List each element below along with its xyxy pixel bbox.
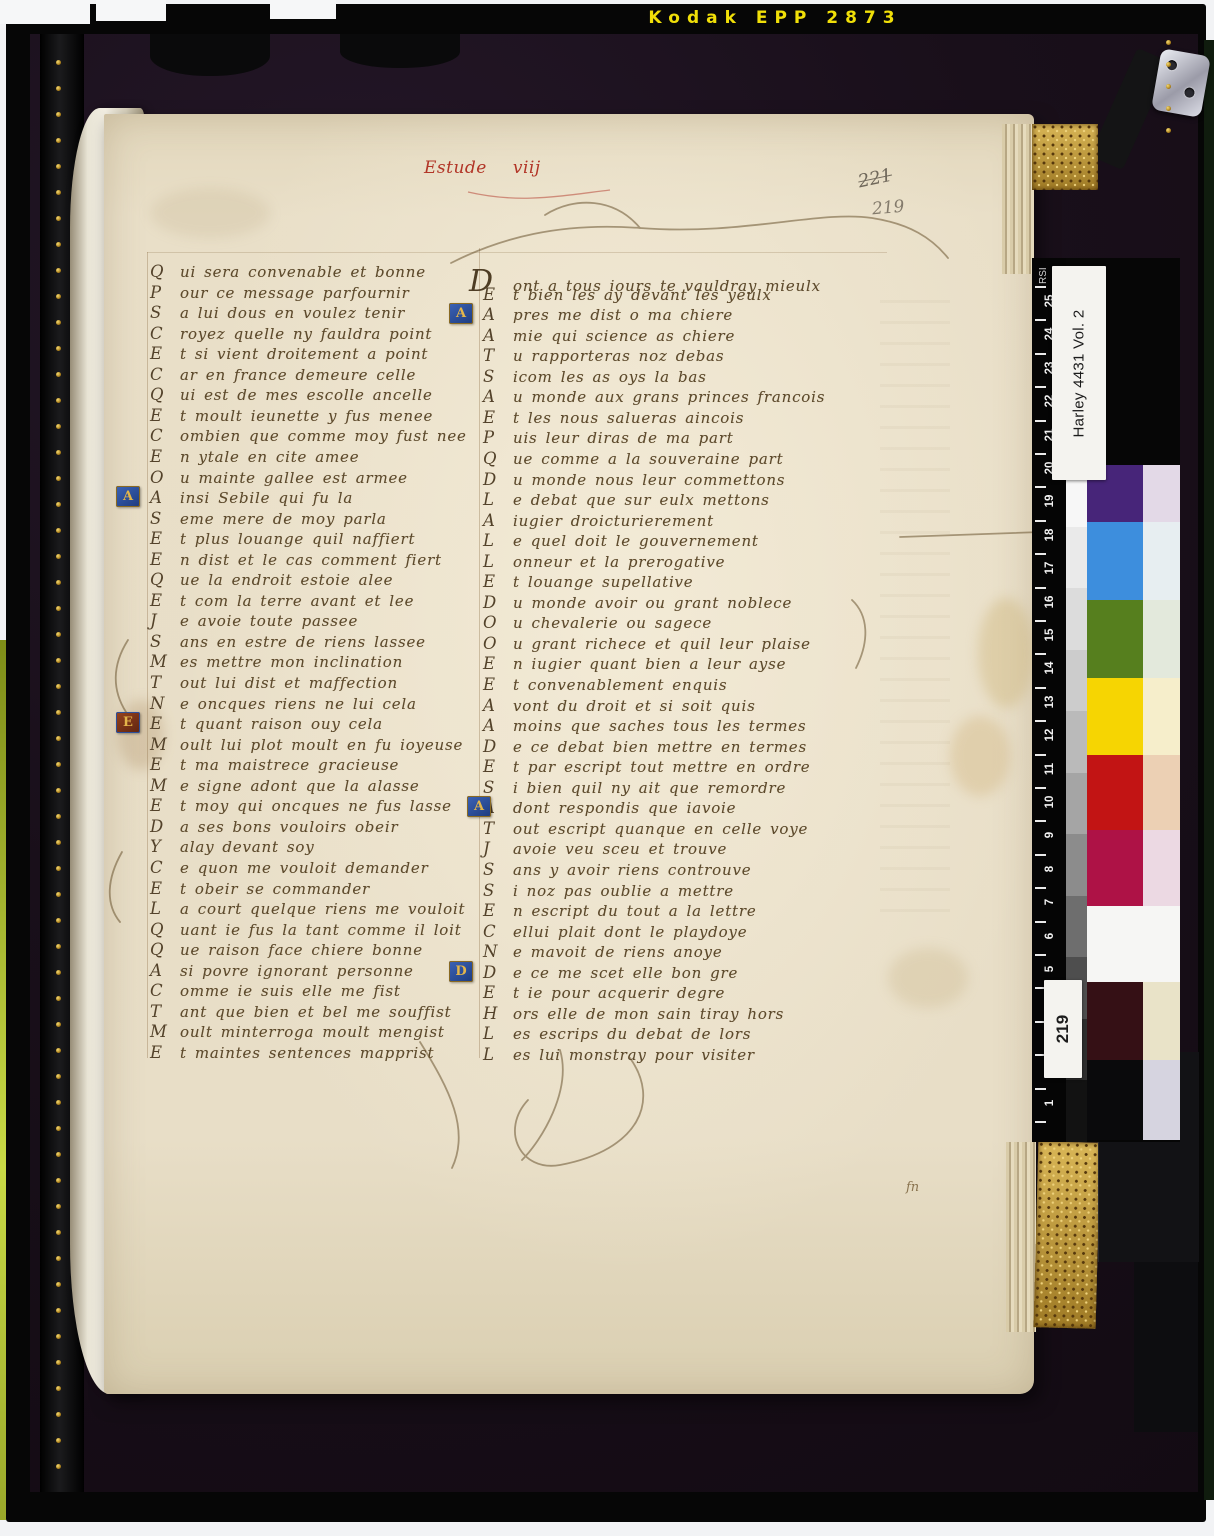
- verse-capital: D: [483, 470, 513, 489]
- verse-line: Croyez quelle ny fauldra point: [150, 324, 432, 344]
- ruler-tick: [1035, 286, 1046, 288]
- verse-line: Ou grant richece et quil leur plaise: [483, 634, 811, 654]
- verse-text: t obeir se commander: [180, 880, 370, 898]
- verse-text: ue la endroit estoie alee: [180, 571, 393, 589]
- verse-line: Et obeir se commander: [150, 879, 370, 899]
- ruler-tick: [1035, 587, 1046, 589]
- verse-line: Ne mavoit de riens anoye: [483, 942, 723, 962]
- verse-text: es mettre mon inclination: [180, 653, 403, 671]
- color-patch-pale: [1143, 1060, 1180, 1140]
- verse-capital: C: [483, 922, 513, 941]
- verse-capital: E: [150, 529, 180, 548]
- verse-line: Ne oncques riens ne lui cela: [150, 694, 417, 714]
- verse-capital: Q: [150, 385, 180, 404]
- verse-text: t louange supellative: [513, 573, 694, 591]
- grayscale-step: [1066, 773, 1087, 835]
- verse-capital: E: [150, 879, 180, 898]
- page-edge-stack-bottom: [1006, 1142, 1036, 1332]
- ruler-number: 19: [1044, 491, 1056, 511]
- verse-line: Qui est de mes escolle ancelle: [150, 385, 433, 405]
- patch-row-yellow: [1087, 678, 1180, 755]
- verse-text: e quel doit le gouvernement: [513, 532, 759, 550]
- verse-text: t plus louange quil naffiert: [180, 530, 415, 548]
- verse-text: our ce message parfournir: [180, 284, 410, 302]
- verse-capital: M: [150, 776, 180, 795]
- verse-capital: A: [483, 326, 513, 345]
- verse-text: t si vient droitement a point: [180, 345, 428, 363]
- verse-text: u mainte gallee est armee: [180, 469, 408, 487]
- gold-bead: [56, 164, 61, 169]
- verse-line: Et convenablement enquis: [483, 675, 727, 695]
- parchment-stain: [888, 948, 968, 1008]
- gold-bead: [56, 1334, 61, 1339]
- verse-line: Aiugier droicturierement: [483, 511, 714, 531]
- verse-line: Que la endroit estoie alee: [150, 570, 393, 590]
- gold-bead: [56, 1282, 61, 1287]
- ruler-tick: [1035, 486, 1046, 488]
- verse-capital: T: [150, 1002, 180, 1021]
- verse-line: Avont du droit et si soit quis: [483, 696, 756, 716]
- patch-row-red: [1087, 755, 1180, 830]
- clamp-dots: [1166, 40, 1176, 160]
- ruler-tick: [1035, 921, 1046, 923]
- verse-capital: E: [150, 755, 180, 774]
- ruler-tick: [1035, 353, 1046, 355]
- gold-bead: [56, 398, 61, 403]
- verse-text: ue raison face chiere bonne: [180, 941, 423, 959]
- verse-capital: E: [150, 406, 180, 425]
- ruler-number: 17: [1044, 558, 1056, 578]
- verse-capital: T: [483, 819, 513, 838]
- verse-text: a court quelque riens me vouloit: [180, 900, 465, 918]
- verse-line: Tu rapporteras noz debas: [483, 346, 724, 366]
- verse-text: u rapporteras noz debas: [513, 347, 724, 365]
- verse-text: es escrips du debat de lors: [513, 1025, 751, 1043]
- verse-capital: E: [483, 675, 513, 694]
- color-patch-pale: [1143, 830, 1180, 906]
- verse-text: out lui dist et maffection: [180, 674, 398, 692]
- gold-bead: [56, 1464, 61, 1469]
- verse-text: e signe adont que la alasse: [180, 777, 420, 795]
- verse-line: Tant que bien et bel me souffist: [150, 1002, 451, 1022]
- verse-capital: A: [483, 305, 513, 324]
- verse-text: onneur et la prerogative: [513, 553, 725, 571]
- verse-capital: L: [483, 1024, 513, 1043]
- verse-capital: T: [483, 346, 513, 365]
- verse-capital: Q: [150, 920, 180, 939]
- ruler-tick: [1035, 754, 1046, 756]
- verse-text: alay devant soy: [180, 838, 314, 856]
- verse-line: En escript du tout a la lettre: [483, 901, 757, 921]
- verse-text: e debat que sur eulx mettons: [513, 491, 770, 509]
- verse-text: t moult ieunette y fus menee: [180, 407, 433, 425]
- patch-row-maroon: [1087, 982, 1180, 1060]
- verse-line: Et par escript tout mettre en ordre: [483, 757, 810, 777]
- verse-capital: A: [483, 696, 513, 715]
- verse-line: Seme mere de moy parla: [150, 509, 387, 529]
- verse-text: e quon me vouloit demander: [180, 859, 429, 877]
- verse-text: ue comme a la souveraine part: [513, 450, 783, 468]
- verse-text: eme mere de moy parla: [180, 510, 387, 528]
- gold-bead: [56, 1126, 61, 1131]
- verse-capital: C: [150, 324, 180, 343]
- ruler-number: 11: [1044, 759, 1056, 779]
- ruler-number: 9: [1044, 825, 1056, 845]
- verse-line: Et ie pour acquerir degre: [483, 983, 725, 1003]
- verse-capital: E: [150, 550, 180, 569]
- verse-capital: Y: [150, 837, 180, 856]
- film-edge-green: [0, 640, 6, 1520]
- gold-bead: [56, 216, 61, 221]
- ruler-tick: [1035, 720, 1046, 722]
- verse-line: Que raison face chiere bonne: [150, 940, 423, 960]
- clip-hole: [1184, 87, 1196, 99]
- gold-bead: [56, 840, 61, 845]
- gilt-edge-bottom: [1034, 1141, 1101, 1329]
- grayscale-step: [1066, 650, 1087, 712]
- verse-capital: E: [150, 344, 180, 363]
- ruler-number: 6: [1044, 926, 1056, 946]
- verse-capital: C: [150, 981, 180, 1000]
- verse-text: ant que bien et bel me souffist: [180, 1003, 451, 1021]
- gold-bead: [1166, 128, 1171, 133]
- verse-line: Et maintes sentences mapprist: [150, 1043, 434, 1063]
- verse-text: t bien les ay devant les yeulx: [513, 286, 772, 304]
- verse-text: omme ie suis elle me fist: [180, 982, 401, 1000]
- gold-bead: [56, 112, 61, 117]
- verse-line: Et ma maistrece gracieuse: [150, 755, 399, 775]
- gold-bead: [1166, 84, 1171, 89]
- verse-capital: L: [483, 490, 513, 509]
- gold-bead: [56, 554, 61, 559]
- verse-line: Et moy qui oncques ne fus lasse: [150, 796, 452, 816]
- verse-text: u monde avoir ou grant noblece: [513, 594, 792, 612]
- verse-capital: M: [150, 735, 180, 754]
- verse-capital: N: [150, 694, 180, 713]
- verse-capital: E: [150, 591, 180, 610]
- verse-text: u monde aux grans princes francois: [513, 388, 825, 406]
- verse-text: pres me dist o ma chiere: [513, 306, 733, 324]
- gold-bead: [56, 138, 61, 143]
- gold-bead: [56, 60, 61, 65]
- color-patch-main: [1087, 522, 1143, 600]
- color-patch-main: [1087, 600, 1143, 678]
- verse-text: a ses bons vouloirs obeir: [180, 818, 398, 836]
- verse-capital: D: [483, 737, 513, 756]
- verse-text: ar en france demeure celle: [180, 366, 416, 384]
- verse-line: EEt quant raison ouy cela: [150, 714, 383, 734]
- verse-line: Dont a tous iours te vauldray mieulx: [483, 264, 821, 284]
- folio-label-text: 219: [1053, 1015, 1073, 1043]
- gold-bead: [56, 476, 61, 481]
- ruler-number: 10: [1044, 792, 1056, 812]
- verse-text: n ytale en cite amee: [180, 448, 359, 466]
- verse-capital: L: [483, 552, 513, 571]
- gold-bead: [56, 1256, 61, 1261]
- verse-line: Lonneur et la prerogative: [483, 552, 725, 572]
- ruler-tick: [1035, 954, 1046, 956]
- gold-bead: [56, 502, 61, 507]
- verse-line: AApres me dist o ma chiere: [483, 305, 733, 325]
- verse-text: u monde nous leur commettons: [513, 471, 785, 489]
- verse-text: vont du droit et si soit quis: [513, 697, 756, 715]
- gold-bead: [56, 1074, 61, 1079]
- verse-line: Que comme a la souveraine part: [483, 449, 783, 469]
- verse-text: e ce debat bien mettre en termes: [513, 738, 807, 756]
- verse-line: Car en france demeure celle: [150, 365, 416, 385]
- verse-text: dont respondis que iavoie: [513, 799, 736, 817]
- verse-line: Sans en estre de riens lassee: [150, 632, 426, 652]
- strap-dots: [54, 40, 66, 1490]
- gold-bead: [56, 372, 61, 377]
- verse-text: ors elle de mon sain tiray hors: [513, 1005, 784, 1023]
- ruler-number: 15: [1044, 625, 1056, 645]
- ruler-tick: [1035, 887, 1046, 889]
- verse-capital: E: [483, 757, 513, 776]
- verse-capital: C: [150, 365, 180, 384]
- verse-text: out escript quanque en celle voye: [513, 820, 808, 838]
- frame-notch: [270, 0, 336, 19]
- verse-text: ans y avoir riens controuve: [513, 861, 751, 879]
- verse-line: DDe ce me scet elle bon gre: [483, 963, 738, 983]
- verse-text: mie qui science as chiere: [513, 327, 735, 345]
- gold-bead: [56, 1204, 61, 1209]
- folio-number: 219: [871, 197, 905, 220]
- verse-text: oult lui plot moult en fu ioyeuse: [180, 736, 463, 754]
- ruler-tick: [1035, 1121, 1046, 1123]
- illuminated-initial: E: [116, 712, 140, 733]
- verse-capital: E: [150, 714, 180, 733]
- gold-bead: [56, 1022, 61, 1027]
- verse-line: Da ses bons vouloirs obeir: [150, 817, 398, 837]
- verse-line: Combien que comme moy fust nee: [150, 426, 467, 446]
- verse-text: i bien quil ny ait que remordre: [513, 779, 786, 797]
- verse-text: e ce me scet elle bon gre: [513, 964, 738, 982]
- verse-line: Ou mainte gallee est armee: [150, 468, 408, 488]
- verse-capital: E: [483, 654, 513, 673]
- parchment-stain: [150, 188, 270, 238]
- gold-bead: [56, 1152, 61, 1157]
- verse-capital: A: [483, 511, 513, 530]
- gold-bead: [56, 268, 61, 273]
- verse-line: Et si vient droitement a point: [150, 344, 428, 364]
- grayscale-step: [1066, 527, 1087, 589]
- verse-line: Au monde aux grans princes francois: [483, 387, 825, 407]
- verse-line: Sans y avoir riens controuve: [483, 860, 751, 880]
- grayscale-step: [1066, 711, 1087, 773]
- verse-text: u chevalerie ou sagece: [513, 614, 712, 632]
- verse-text: t maintes sentences mapprist: [180, 1044, 434, 1062]
- gold-bead: [56, 970, 61, 975]
- gold-bead: [56, 632, 61, 637]
- verse-capital: S: [150, 509, 180, 528]
- gold-bead: [56, 346, 61, 351]
- gold-bead: [56, 814, 61, 819]
- ruler-number: 12: [1044, 725, 1056, 745]
- folio-label: 219: [1044, 980, 1082, 1078]
- gold-bead: [56, 242, 61, 247]
- ruling-line: [147, 252, 887, 253]
- verse-line: Si noz pas oublie a mettre: [483, 881, 734, 901]
- color-patch-main: [1087, 678, 1143, 755]
- patch-row-green: [1087, 600, 1180, 678]
- verse-capital: A: [150, 961, 180, 980]
- verse-line: Je avoie toute passee: [150, 611, 358, 631]
- color-patch-main: [1087, 982, 1143, 1060]
- patch-row-magenta: [1087, 830, 1180, 906]
- verse-capital: S: [150, 303, 180, 322]
- gold-bead: [1166, 40, 1171, 45]
- verse-capital: S: [483, 778, 513, 797]
- verse-text: moins que saches tous les termes: [513, 717, 806, 735]
- verse-capital: D: [483, 963, 513, 982]
- gold-bead: [56, 320, 61, 325]
- verse-text: i noz pas oublie a mettre: [513, 882, 734, 900]
- verse-line: Asi povre ignorant personne: [150, 961, 414, 981]
- verse-capital: E: [483, 572, 513, 591]
- ruler-number: 13: [1044, 692, 1056, 712]
- color-calibration-bar: RSI 252423222120191817161514131211109876…: [1032, 258, 1180, 1142]
- gold-bead: [56, 1048, 61, 1053]
- verse-text: ui sera convenable et bonne: [180, 263, 426, 281]
- verse-capital: E: [483, 408, 513, 427]
- verse-capital: C: [150, 426, 180, 445]
- verse-line: Et louange supellative: [483, 572, 694, 592]
- color-patch-pale: [1143, 522, 1180, 600]
- gold-bead: [56, 450, 61, 455]
- verse-text: ellui plait dont le playdoye: [513, 923, 747, 941]
- verse-line: Yalay devant soy: [150, 837, 314, 857]
- verse-text: t par escript tout mettre en ordre: [513, 758, 810, 776]
- gold-bead: [56, 658, 61, 663]
- metal-clip: [1151, 48, 1211, 118]
- gold-bead: [56, 528, 61, 533]
- ruler-number: 16: [1044, 592, 1056, 612]
- verse-capital: Q: [150, 570, 180, 589]
- verse-line: Et bien les ay devant les yeulx: [483, 285, 772, 305]
- gold-bead: [56, 710, 61, 715]
- verse-capital: Q: [150, 940, 180, 959]
- verse-capital: A: [483, 387, 513, 406]
- verse-line: Du monde nous leur commettons: [483, 470, 785, 490]
- patch-row-black: [1087, 1060, 1180, 1140]
- verse-text: insi Sebile qui fu la: [180, 489, 353, 507]
- verse-line: Hors elle de mon sain tiray hors: [483, 1004, 784, 1024]
- verse-capital: D: [150, 817, 180, 836]
- verse-line: Le debat que sur eulx mettons: [483, 490, 770, 510]
- verse-line: Ou chevalerie ou sagece: [483, 613, 712, 633]
- verse-line: Sa lui dous en voulez tenir: [150, 303, 405, 323]
- ruler-tick: [1035, 319, 1046, 321]
- verse-line: Moult minterroga moult mengist: [150, 1022, 445, 1042]
- ruler-number: 5: [1044, 959, 1056, 979]
- verse-line: Amie qui science as chiere: [483, 326, 735, 346]
- gold-bead: [56, 788, 61, 793]
- ruling-line: [147, 252, 148, 1058]
- ruler-tick: [1035, 386, 1046, 388]
- verse-text: e mavoit de riens anoye: [513, 943, 723, 961]
- verse-text: t quant raison ouy cela: [180, 715, 383, 733]
- illuminated-initial: D: [449, 961, 473, 982]
- verse-line: Si bien quil ny ait que remordre: [483, 778, 786, 798]
- verse-capital: E: [150, 796, 180, 815]
- verse-capital: J: [483, 839, 513, 858]
- ruler-number: 18: [1044, 525, 1056, 545]
- verse-capital: E: [150, 1043, 180, 1062]
- parchment-stain: [978, 598, 1034, 708]
- verse-capital: H: [483, 1004, 513, 1023]
- rubric-numeral: viij: [513, 158, 541, 178]
- verse-line: Tout lui dist et maffection: [150, 673, 398, 693]
- gold-bead: [56, 86, 61, 91]
- verse-text: si povre ignorant personne: [180, 962, 414, 980]
- shelfmark-text: Harley 4431 Vol. 2: [1071, 309, 1088, 437]
- gold-bead: [56, 684, 61, 689]
- verse-line: Les lui monstray pour visiter: [483, 1045, 755, 1065]
- verse-text: ui est de mes escolle ancelle: [180, 386, 433, 404]
- gold-bead: [56, 944, 61, 949]
- verse-text: iugier droicturierement: [513, 512, 714, 530]
- verse-text: t com la terre avant et lee: [180, 592, 414, 610]
- verse-text: u grant richece et quil leur plaise: [513, 635, 811, 653]
- verse-line: De ce debat bien mettre en termes: [483, 737, 807, 757]
- gold-bead: [56, 918, 61, 923]
- verse-text: uis leur diras de ma part: [513, 429, 734, 447]
- verse-capital: L: [150, 899, 180, 918]
- cradle-clamp: [340, 34, 460, 68]
- illuminated-initial: A: [449, 303, 473, 324]
- ruler-tick: [1035, 620, 1046, 622]
- verse-line: Mes mettre mon inclination: [150, 652, 403, 672]
- gold-bead: [56, 1360, 61, 1365]
- verse-line: Ce quon me vouloit demander: [150, 858, 429, 878]
- verse-line: Me signe adont que la alasse: [150, 776, 420, 796]
- verse-capital: N: [483, 942, 513, 961]
- frame-notch: [0, 0, 90, 24]
- gilt-edge-top: [1032, 124, 1098, 190]
- cradle-clamp: [150, 34, 270, 76]
- verse-capital: L: [483, 1045, 513, 1064]
- gold-bead: [56, 580, 61, 585]
- ruler-tick: [1035, 453, 1046, 455]
- gold-bead: [56, 1412, 61, 1417]
- quire-mark: fn: [906, 1180, 919, 1195]
- ruler-tick: [1035, 420, 1046, 422]
- verse-capital: Q: [483, 449, 513, 468]
- frame-notch: [96, 0, 166, 21]
- verse-capital: S: [483, 367, 513, 386]
- ruler-number: 14: [1044, 658, 1056, 678]
- grayscale-step: [1066, 834, 1087, 896]
- verse-line: Comme ie suis elle me fist: [150, 981, 401, 1001]
- ruler-number: 8: [1044, 859, 1056, 879]
- gold-bead: [56, 1100, 61, 1105]
- verse-line: Pour ce message parfournir: [150, 283, 410, 303]
- verse-capital: A: [483, 716, 513, 735]
- ruler-number: 7: [1044, 892, 1056, 912]
- gold-bead: [56, 1178, 61, 1183]
- ruling-line: [479, 248, 480, 1058]
- verse-text: ans en estre de riens lassee: [180, 633, 426, 651]
- verse-text: uant ie fus la tant comme il loit: [180, 921, 462, 939]
- color-patch-pale: [1143, 465, 1180, 522]
- ruler-number: 1: [1044, 1093, 1056, 1113]
- verse-text: n escript du tout a la lettre: [513, 902, 757, 920]
- ruler-tick: [1035, 820, 1046, 822]
- verse-text: icom les as oys la bas: [513, 368, 707, 386]
- verse-capital: L: [483, 531, 513, 550]
- verse-capital: O: [483, 634, 513, 653]
